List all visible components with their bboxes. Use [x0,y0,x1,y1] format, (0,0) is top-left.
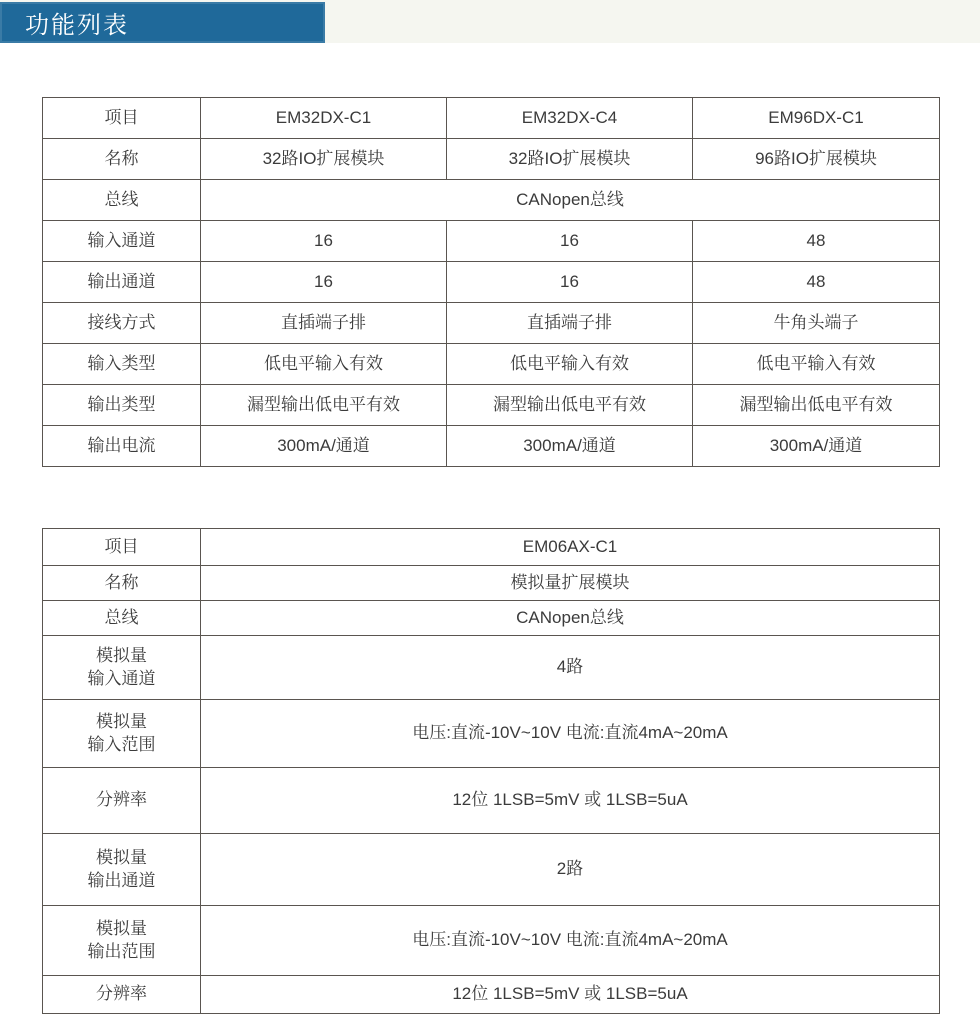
cell-value: 16 [201,262,447,303]
table-row: 接线方式直插端子排直插端子排牛角头端子 [43,303,940,344]
cell-value: 电压:直流-10V~10V 电流:直流4mA~20mA [201,700,940,768]
row-label: 分辨率 [43,976,201,1014]
cell-value: CANopen总线 [201,601,940,636]
row-label: 名称 [43,566,201,601]
cell-value: 48 [693,221,940,262]
cell-value: 直插端子排 [447,303,693,344]
row-label: 模拟量 输出通道 [43,834,201,906]
cell-value: 漏型输出低电平有效 [447,385,693,426]
column-header: EM32DX-C4 [447,98,693,139]
cell-value: 48 [693,262,940,303]
cell-value: 16 [447,221,693,262]
row-label: 模拟量 输入通道 [43,636,201,700]
table-row: 名称32路IO扩展模块32路IO扩展模块96路IO扩展模块 [43,139,940,180]
row-label: 模拟量 输出范围 [43,906,201,976]
column-header: EM96DX-C1 [693,98,940,139]
row-label: 分辨率 [43,768,201,834]
cell-value: 直插端子排 [201,303,447,344]
row-label: 输出类型 [43,385,201,426]
table-row: 总线CANopen总线 [43,180,940,221]
table-row: 名称模拟量扩展模块 [43,566,940,601]
row-label: 总线 [43,180,201,221]
section-banner: 功能列表 [0,2,325,43]
cell-value: 漏型输出低电平有效 [201,385,447,426]
row-label: 接线方式 [43,303,201,344]
table-row: 输出通道161648 [43,262,940,303]
table-row: 模拟量 输入通道4路 [43,636,940,700]
cell-value: 牛角头端子 [693,303,940,344]
cell-value: 电压:直流-10V~10V 电流:直流4mA~20mA [201,906,940,976]
table-row: 输入类型低电平输入有效低电平输入有效低电平输入有效 [43,344,940,385]
cell-value: 32路IO扩展模块 [201,139,447,180]
analog-module-spec-table: 项目EM06AX-C1名称模拟量扩展模块总线CANopen总线模拟量 输入通道4… [42,528,940,1014]
cell-value: 模拟量扩展模块 [201,566,940,601]
table-row: 输入通道161648 [43,221,940,262]
cell-value: 低电平输入有效 [201,344,447,385]
table-row: 分辨率12位 1LSB=5mV 或 1LSB=5uA [43,768,940,834]
row-label: 输入通道 [43,221,201,262]
table-row: 输出类型漏型输出低电平有效漏型输出低电平有效漏型输出低电平有效 [43,385,940,426]
cell-value: 12位 1LSB=5mV 或 1LSB=5uA [201,976,940,1014]
row-label: 项目 [43,98,201,139]
table-row: 项目EM06AX-C1 [43,529,940,566]
section-title: 功能列表 [0,5,129,40]
table-row: 输出电流300mA/通道300mA/通道300mA/通道 [43,426,940,467]
row-label: 模拟量 输入范围 [43,700,201,768]
cell-value: 2路 [201,834,940,906]
cell-value: 12位 1LSB=5mV 或 1LSB=5uA [201,768,940,834]
analog-table-body: 项目EM06AX-C1名称模拟量扩展模块总线CANopen总线模拟量 输入通道4… [43,529,940,1014]
cell-value: 16 [447,262,693,303]
table-row: 模拟量 输入范围电压:直流-10V~10V 电流:直流4mA~20mA [43,700,940,768]
cell-value: CANopen总线 [201,180,940,221]
cell-value: 96路IO扩展模块 [693,139,940,180]
table-row: 模拟量 输出通道2路 [43,834,940,906]
table-row: 分辨率12位 1LSB=5mV 或 1LSB=5uA [43,976,940,1014]
row-label: 总线 [43,601,201,636]
cell-value: 低电平输入有效 [693,344,940,385]
table-row: 总线CANopen总线 [43,601,940,636]
row-label: 输出通道 [43,262,201,303]
document-page: 功能列表 项目EM32DX-C1EM32DX-C4EM96DX-C1名称32路I… [0,0,980,1030]
row-label: 输出电流 [43,426,201,467]
cell-value: 300mA/通道 [447,426,693,467]
cell-value: 漏型输出低电平有效 [693,385,940,426]
cell-value: 低电平输入有效 [447,344,693,385]
cell-value: 32路IO扩展模块 [447,139,693,180]
row-label: 项目 [43,529,201,566]
cell-value: EM06AX-C1 [201,529,940,566]
row-label: 输入类型 [43,344,201,385]
io-table-body: 项目EM32DX-C1EM32DX-C4EM96DX-C1名称32路IO扩展模块… [43,98,940,467]
column-header: EM32DX-C1 [201,98,447,139]
table-row: 模拟量 输出范围电压:直流-10V~10V 电流:直流4mA~20mA [43,906,940,976]
row-label: 名称 [43,139,201,180]
cell-value: 300mA/通道 [201,426,447,467]
cell-value: 4路 [201,636,940,700]
io-modules-spec-table: 项目EM32DX-C1EM32DX-C4EM96DX-C1名称32路IO扩展模块… [42,97,940,467]
header-row: 项目EM32DX-C1EM32DX-C4EM96DX-C1 [43,98,940,139]
cell-value: 16 [201,221,447,262]
cell-value: 300mA/通道 [693,426,940,467]
